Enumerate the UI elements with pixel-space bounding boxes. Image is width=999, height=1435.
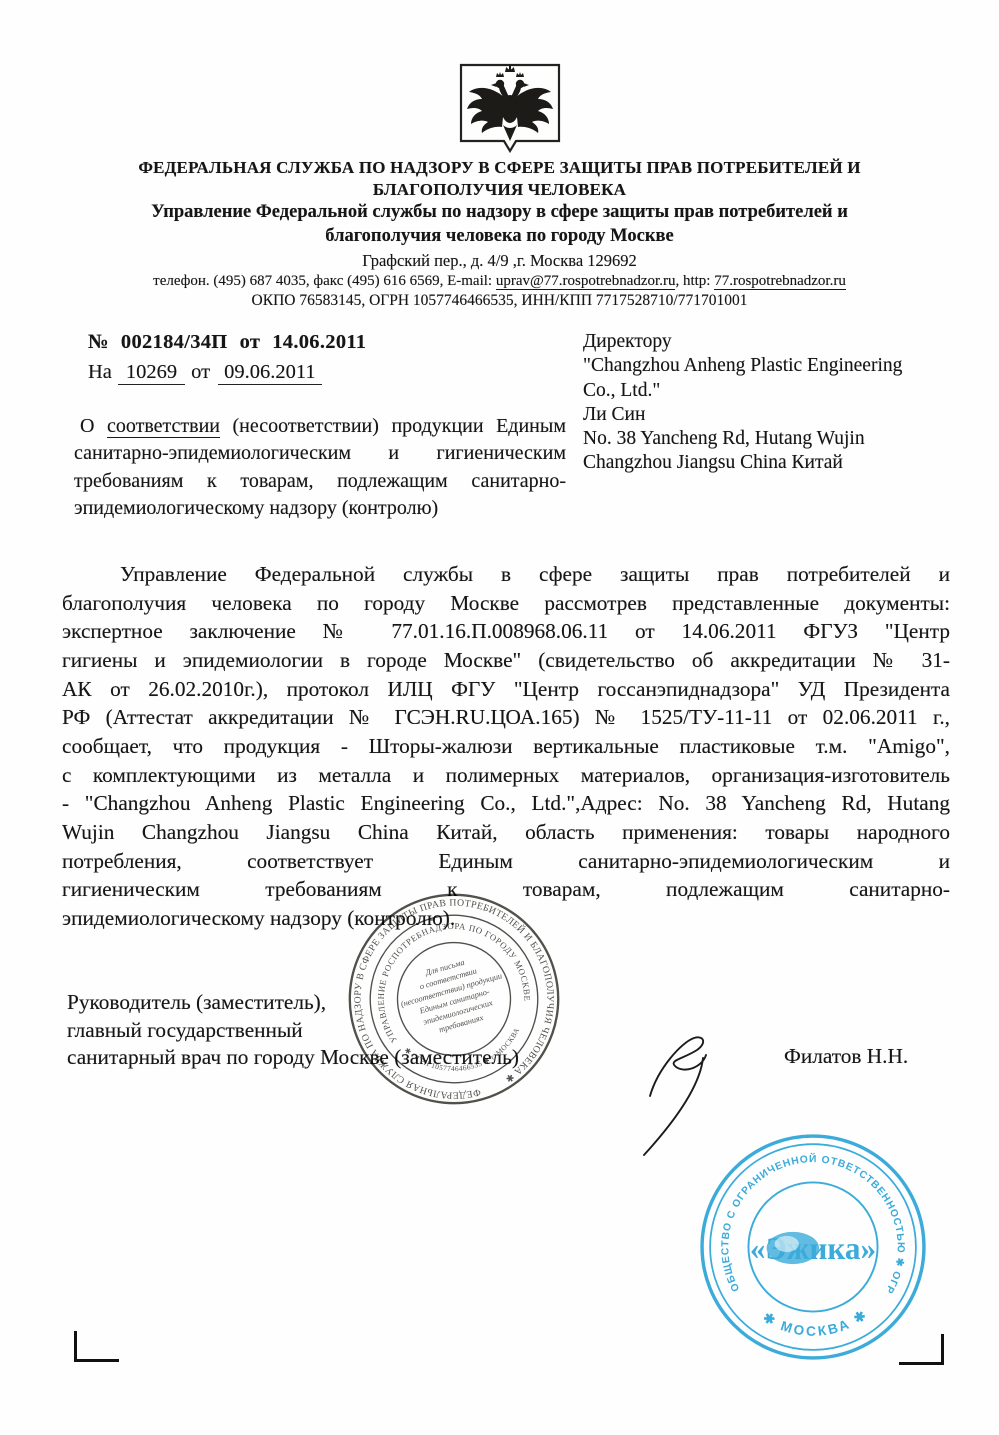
contacts-prefix: телефон. (495) 687 4035, факс (495) 616 … [153,273,496,289]
body-line: РФ (Аттестат аккредитации № ГСЭН.RU.ЦОА.… [62,703,950,732]
addressee-block: Директору "Changzhou Anheng Plastic Engi… [583,330,973,476]
outgoing-number: 002184/34П [121,331,228,353]
company-blue-seal: ОБЩЕСТВО С ОГРАНИЧЕННОЙ ОТВЕТСТВЕННОСТЬЮ… [696,1130,930,1364]
incoming-ot: от [191,361,210,383]
incoming-number-label: На [88,361,112,383]
double-headed-eagle-icon [457,62,563,158]
incoming-date: 09.06.2011 [218,361,322,385]
outgoing-reference: №002184/34Пот14.06.2011 [88,331,366,354]
body-line: потребления, соответствует Единым санита… [62,847,950,876]
subject-line: эпидемиологическому надзору (контролю) [74,495,566,522]
signer-name: Филатов Н.Н. [784,1044,908,1069]
contacts-mid: , http: [675,273,714,289]
org-email: uprav@77.rospotrebnadzor.ru [496,273,676,290]
body-line: - "Changzhou Anheng Plastic Engineering … [62,789,950,818]
body-line: Управление Федеральной службы в сфере за… [62,560,950,589]
reference-block: №002184/34Пот14.06.2011 На10269от09.06.2… [88,331,366,384]
body-line: сообщает, что продукция - Шторы-жалюзи в… [62,732,950,761]
org-website: 77.rospotrebnadzor.ru [714,273,846,290]
letterhead: ФЕДЕРАЛЬНАЯ СЛУЖБА ПО НАДЗОРУ В СФЕРЕ ЗА… [0,157,999,310]
body-line: АК от 26.02.2010г.), протокол ИЛЦ ФГУ "Ц… [62,675,950,704]
org-contacts: телефон. (495) 687 4035, факс (495) 616 … [0,272,999,291]
incoming-number: 10269 [118,361,185,385]
black-stamp-icon: ФЕДЕРАЛЬНАЯ СЛУЖБА ПО НАДЗОРУ В СФЕРЕ ЗА… [342,887,566,1111]
addressee-line: "Changzhou Anheng Plastic Engineering [583,354,973,378]
org-registration-codes: ОКПО 76583145, ОГРН 1057746466535, ИНН/К… [0,291,999,310]
body-line: гигиены и эпидемиологии в городе Москве"… [62,646,950,675]
rospotrebnadzor-round-stamp: ФЕДЕРАЛЬНАЯ СЛУЖБА ПО НАДЗОРУ В СФЕРЕ ЗА… [342,887,566,1111]
dept-name-line1: Управление Федеральной службы по надзору… [0,201,999,225]
org-name-line2: БЛАГОПОЛУЧИЯ ЧЕЛОВЕКА [0,179,999,201]
org-name-line1: ФЕДЕРАЛЬНАЯ СЛУЖБА ПО НАДЗОРУ В СФЕРЕ ЗА… [0,157,999,179]
dept-name-line2: благополучия человека по городу Москве [0,225,999,249]
corner-mark-bottom-left [74,1331,119,1362]
state-emblem [457,62,563,158]
subject-underlined-word: соответствии [107,415,220,438]
outgoing-date: 14.06.2011 [272,331,366,353]
body-line: благополучия человека по городу Москве р… [62,589,950,618]
subject-line: санитарно-эпидемиологическим и гигиениче… [74,440,566,467]
body-line: Wujin Changzhou Jiangsu China Китай, обл… [62,818,950,847]
outgoing-number-label: № [88,331,109,353]
addressee-line: No. 38 Yancheng Rd, Hutang Wujin [583,427,973,451]
subject-rest: (несоответствии) продукции Единым [220,415,566,437]
subject-pre: О [80,415,107,437]
blue-seal-icon: ОБЩЕСТВО С ОГРАНИЧЕННОЙ ОТВЕТСТВЕННОСТЬЮ… [696,1130,930,1364]
subject-line: требованиям к товарам, подлежащим санита… [74,468,566,495]
org-address: Графский пер., д. 4/9 ,г. Москва 129692 [0,250,999,271]
corner-mark-bottom-right [899,1334,944,1365]
body-line: с комплектующими из металла и полимерных… [62,761,950,790]
addressee-line: Co., Ltd." [583,379,973,403]
subject-block: О соответствии (несоответствии) продукци… [74,413,566,523]
body-paragraph: Управление Федеральной службы в сфере за… [62,560,950,933]
body-line: экспертное заключение № 77.01.16.П.00896… [62,617,950,646]
addressee-line: Changzhou Jiangsu China Китай [583,451,973,475]
outgoing-ot: от [240,331,261,353]
subject-line: О соответствии (несоответствии) продукци… [74,413,566,440]
seal-ink-blot-highlight [775,1236,799,1252]
addressee-line: Ли Син [583,403,973,427]
incoming-reference: На10269от09.06.2011 [88,361,366,384]
addressee-line: Директору [583,330,973,354]
scanned-letter-page: ФЕДЕРАЛЬНАЯ СЛУЖБА ПО НАДЗОРУ В СФЕРЕ ЗА… [0,0,999,1435]
